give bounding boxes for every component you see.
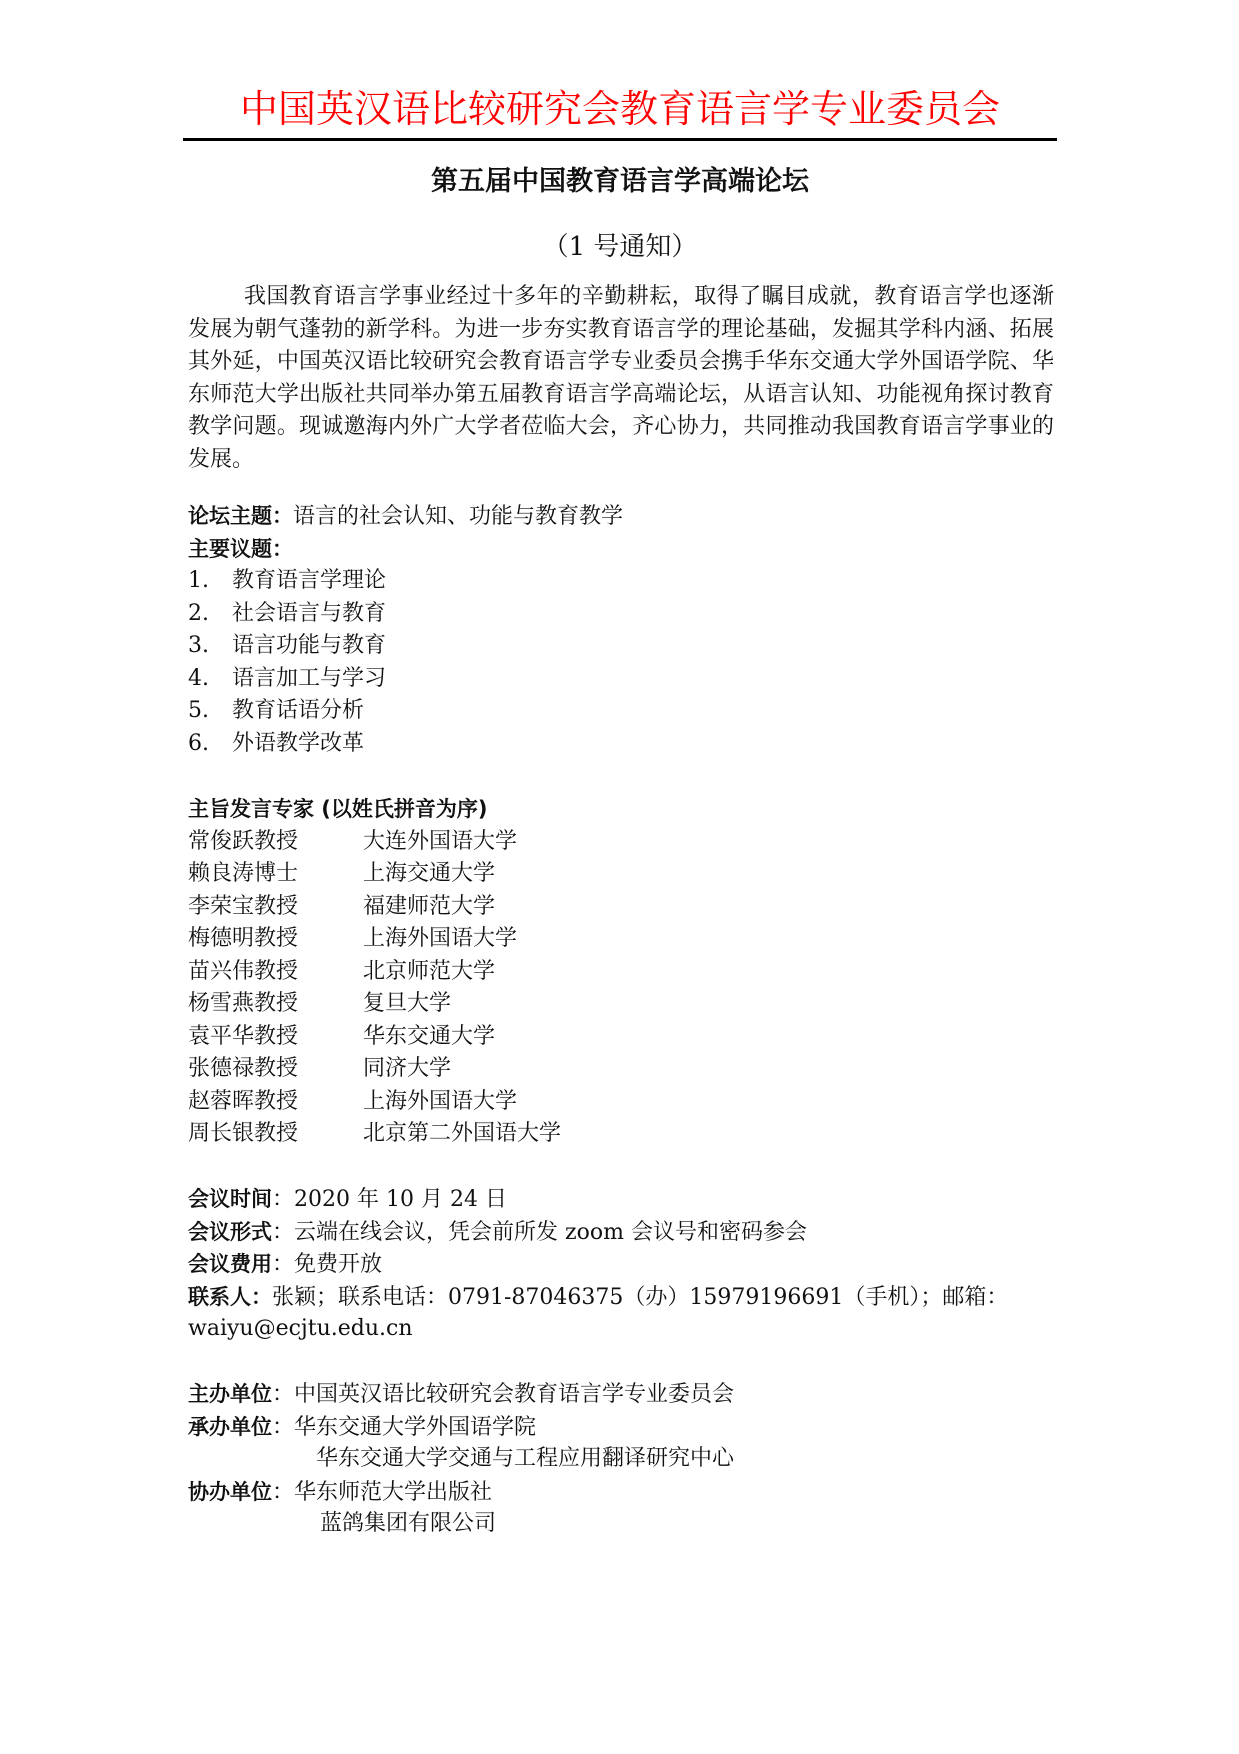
speaker-row: 苗兴伟教授北京师范大学 <box>188 956 1054 989</box>
theme-section: 论坛主题：语言的社会认知、功能与教育教学 主要议题： 1.教育语言学理论 2.社… <box>188 500 1054 760</box>
meeting-fee-row: 会议费用：免费开放 <box>188 1248 1054 1281</box>
meeting-fee-value: 免费开放 <box>294 1252 382 1277</box>
theme-row: 论坛主题：语言的社会认知、功能与教育教学 <box>188 500 1054 533</box>
document-page: 中国英汉语比较研究会教育语言学专业委员会 第五届中国教育语言学高端论坛 （1 号… <box>0 0 1239 1754</box>
topic-item: 2.社会语言与教育 <box>188 598 1054 631</box>
speaker-row: 梅德明教授上海外国语大学 <box>188 923 1054 956</box>
speaker-row: 张德禄教授同济大学 <box>188 1053 1054 1086</box>
co-organizer-row: 蓝鸽集团有限公司 <box>188 1508 1054 1541</box>
host-unit-value: 中国英汉语比较研究会教育语言学专业委员会 <box>294 1382 734 1407</box>
organizer-unit-row: 华东交通大学交通与工程应用翻译研究中心 <box>188 1443 1054 1476</box>
organizer-unit-label: 承办单位 <box>188 1415 272 1439</box>
organizer-unit-value: 华东交通大学交通与工程应用翻译研究中心 <box>316 1446 734 1471</box>
topic-item: 4.语言加工与学习 <box>188 663 1054 696</box>
topics-label: 主要议题： <box>188 537 293 561</box>
topic-item: 3.语言功能与教育 <box>188 630 1054 663</box>
meeting-format-value: 云端在线会议，凭会前所发 zoom 会议号和密码参会 <box>294 1220 807 1245</box>
speakers-label: 主旨发言专家 (以姓氏拼音为序) <box>188 797 488 821</box>
contact-row: 联系人：张颖；联系电话：0791-87046375（办）15979196691（… <box>188 1281 1054 1314</box>
host-unit-label: 主办单位 <box>188 1382 272 1406</box>
topic-item: 1.教育语言学理论 <box>188 565 1054 598</box>
theme-label: 论坛主题： <box>188 504 293 528</box>
topic-item: 6.外语教学改革 <box>188 728 1054 761</box>
contact-email[interactable]: waiyu@ecjtu.edu.cn <box>188 1316 413 1341</box>
organization-header: 中国英汉语比较研究会教育语言学专业委员会 <box>183 84 1057 134</box>
speakers-section: 主旨发言专家 (以姓氏拼音为序) 常俊跃教授大连外国语大学 赖良涛博士上海交通大… <box>188 793 1054 1151</box>
speaker-row: 赵蓉晖教授上海外国语大学 <box>188 1086 1054 1119</box>
organizer-unit-row: 承办单位：华东交通大学外国语学院 <box>188 1411 1054 1444</box>
co-organizer-value: 华东师范大学出版社 <box>294 1480 492 1505</box>
topic-item: 5.教育话语分析 <box>188 695 1054 728</box>
meeting-info-section: 会议时间：2020 年 10 月 24 日 会议形式：云端在线会议，凭会前所发 … <box>188 1183 1054 1346</box>
intro-paragraph: 我国教育语言学事业经过十多年的辛勤耕耘，取得了瞩目成就，教育语言学也逐渐发展为朝… <box>188 281 1054 476</box>
speaker-row: 李荣宝教授福建师范大学 <box>188 891 1054 924</box>
header-divider <box>183 138 1057 141</box>
contact-value: 张颖；联系电话：0791-87046375（办）15979196691（手机）；… <box>272 1285 1008 1310</box>
meeting-fee-label: 会议费用 <box>188 1252 272 1276</box>
meeting-format-row: 会议形式：云端在线会议，凭会前所发 zoom 会议号和密码参会 <box>188 1216 1054 1249</box>
email-row: waiyu@ecjtu.edu.cn <box>188 1313 1054 1346</box>
organizer-unit-value: 华东交通大学外国语学院 <box>294 1415 536 1440</box>
units-section: 主办单位：中国英汉语比较研究会教育语言学专业委员会 承办单位：华东交通大学外国语… <box>188 1378 1054 1541</box>
meeting-format-label: 会议形式 <box>188 1220 272 1244</box>
co-organizer-row: 协办单位：华东师范大学出版社 <box>188 1476 1054 1509</box>
speakers-heading: 主旨发言专家 (以姓氏拼音为序) <box>188 793 1054 826</box>
document-subtitle: （1 号通知） <box>183 227 1057 267</box>
meeting-time-label: 会议时间 <box>188 1187 272 1211</box>
theme-value: 语言的社会认知、功能与教育教学 <box>293 504 623 529</box>
speaker-row: 常俊跃教授大连外国语大学 <box>188 826 1054 859</box>
speaker-row: 杨雪燕教授复旦大学 <box>188 988 1054 1021</box>
host-unit-row: 主办单位：中国英汉语比较研究会教育语言学专业委员会 <box>188 1378 1054 1411</box>
speaker-row: 赖良涛博士上海交通大学 <box>188 858 1054 891</box>
co-organizer-value: 蓝鸽集团有限公司 <box>320 1511 496 1536</box>
meeting-time-row: 会议时间：2020 年 10 月 24 日 <box>188 1183 1054 1216</box>
contact-label: 联系人： <box>188 1285 272 1309</box>
co-organizer-label: 协办单位 <box>188 1480 272 1504</box>
meeting-time-value: 2020 年 10 月 24 日 <box>294 1187 507 1212</box>
topics-heading: 主要议题： <box>188 533 1054 566</box>
speaker-row: 周长银教授北京第二外国语大学 <box>188 1118 1054 1151</box>
speaker-row: 袁平华教授华东交通大学 <box>188 1021 1054 1054</box>
document-title: 第五届中国教育语言学高端论坛 <box>183 162 1057 202</box>
